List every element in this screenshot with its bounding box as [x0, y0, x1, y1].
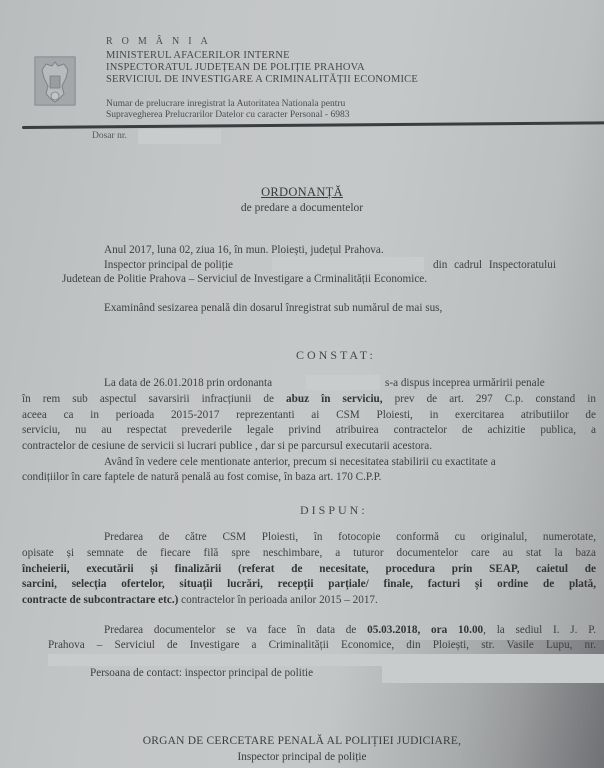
constat-paragraph-1: în rem sub aspectul savarsirii infracțiu…	[22, 392, 596, 454]
dispun-p1-line2: opisate și semnate de fiecare filă spre …	[22, 546, 596, 562]
constat-p1-line2: în rem sub aspectul savarsirii infracțiu…	[22, 392, 596, 408]
dispun-p2-line1: Predarea documentelor se va face în data…	[104, 624, 596, 636]
text-run: contractelor în perioada anilor 2015 – 2…	[178, 594, 377, 606]
dispun-p1-line1: Predarea de către CSM Ploiesti, în fotoc…	[104, 531, 596, 543]
text-run: , la sediul I. J. P.	[483, 624, 596, 636]
registration-line-2: Supravegherea Prelucrarilor Datelor cu c…	[106, 110, 349, 120]
constat-p1-line3: aceea ca in perioada 2015-2017 reprezent…	[22, 408, 596, 424]
text-run: contracte de subcontractare etc.)	[22, 594, 178, 606]
dispun-paragraph-1: opisate și semnate de fiecare filă spre …	[22, 546, 596, 608]
dispun-p2-line2: Prahova – Serviciul de Investigare a Cri…	[48, 639, 596, 651]
dispun-p1-line4: sarcini, selecția ofertelor, situații lu…	[22, 577, 596, 593]
country-name: ROMÂNIA	[106, 36, 217, 49]
constat-p1-line1-a: La data de 26.01.2018 prin ordonanta	[104, 377, 272, 389]
dispun-heading: DISPUN:	[300, 503, 368, 518]
signatory-title: Inspector principal de poliție	[0, 751, 604, 763]
contact-line: Persoana de contact: inspector principal…	[90, 667, 313, 679]
redacted-ordinance-number	[306, 375, 380, 390]
officer-prefix: Inspector principal de poliție	[104, 259, 233, 271]
redacted-dossier-number	[138, 129, 221, 144]
registration-line-1: Numar de prelucrare inregistrat la Autor…	[106, 99, 345, 109]
inspectorate-name: INSPECTORATUL JUDEȚEAN DE POLIȚIE PRAHOV…	[106, 62, 365, 75]
constat-p1-line1-b-text: s-a dispus inceprea urmăririi penale	[385, 377, 545, 389]
redacted-officer-name	[272, 257, 424, 272]
text-run: în rem sub aspectul savarsirii infracțiu…	[22, 393, 286, 405]
constat-p1-line1-b: s-a dispus inceprea urmăririi penale	[385, 377, 545, 389]
redacted-contact-name	[382, 661, 604, 683]
coat-of-arms-icon	[34, 56, 76, 106]
constat-heading: CONSTAT:	[296, 348, 376, 363]
document-subtitle: de predare a documentelor	[0, 202, 604, 214]
constat-p2-line2: condițiilor în care faptele de natură pe…	[22, 471, 381, 483]
service-name: SERVICIUL DE INVESTIGARE A CRIMINALITĂȚI…	[106, 74, 418, 87]
officer-suffix: din cadrul Inspectoratului	[433, 259, 556, 271]
date-line: Anul 2017, luna 02, ziua 16, în mun. Plo…	[104, 244, 384, 256]
constat-p1-line4: serviciu, nu au respectat prevederile le…	[22, 423, 596, 439]
offense-name: abuz în serviciu,	[286, 393, 383, 405]
officer-line-2: Judetean de Politie Prahova – Serviciul …	[62, 273, 427, 285]
ministry-name: MINISTERUL AFACERILOR INTERNE	[106, 50, 290, 63]
organ-title: ORGAN DE CERCETARE PENALĂ AL POLIȚIEI JU…	[0, 735, 604, 747]
header-divider	[22, 121, 604, 129]
examining-line: Examinând sesizarea penală din dosarul î…	[104, 302, 442, 314]
dispun-p1-line3: încheierii, executării și finalizării (r…	[22, 562, 596, 578]
dispun-p1-line5: contracte de subcontractare etc.) contra…	[22, 593, 596, 609]
constat-p1-line5: contractelor de cesiune de servicii si l…	[22, 439, 596, 455]
text-run: prev de art. 297 C.p. constand in	[383, 393, 596, 405]
dossier-label: Dosar nr.	[92, 131, 127, 141]
document-title: ORDONANȚĂ	[0, 185, 604, 200]
constat-p2-line1: Având în vedere cele mentionate anterior…	[104, 456, 496, 468]
handover-datetime: 05.03.2018, ora 10.00	[367, 624, 483, 636]
text-run: Predarea documentelor se va face în data…	[104, 624, 367, 636]
